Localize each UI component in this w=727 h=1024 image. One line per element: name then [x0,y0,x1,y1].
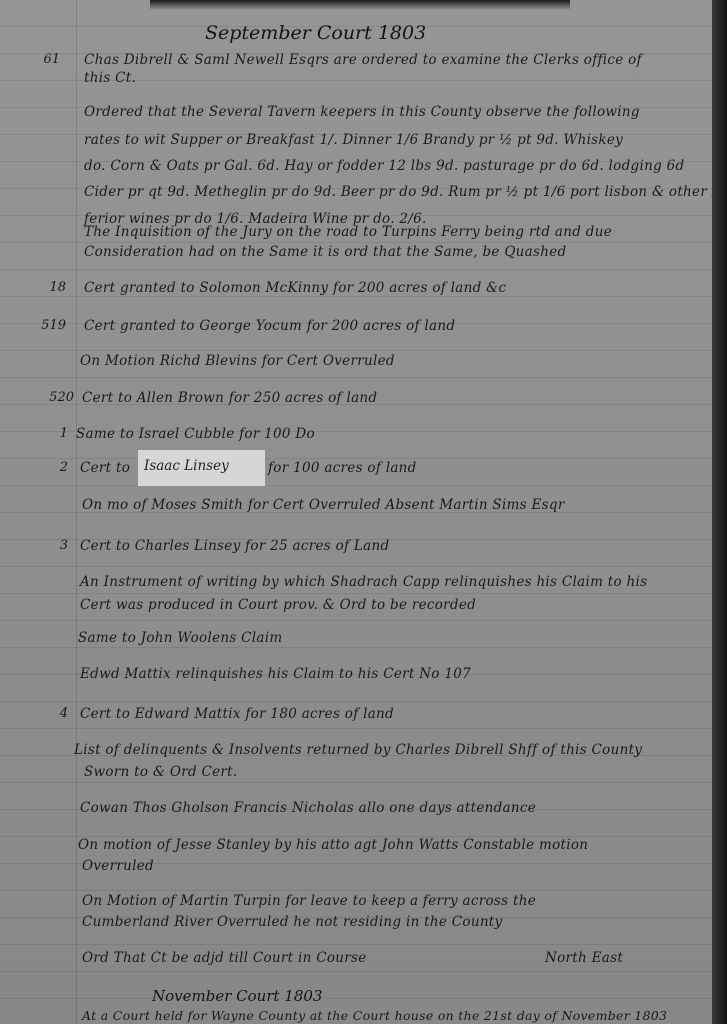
entry-text: Cert granted to Solomon McKinny for 200 … [84,280,506,296]
book-spine [712,0,727,1024]
entry-number: 2 [18,460,68,475]
entry-text: this Ct. [84,70,136,86]
entry-text: Cert to Allen Brown for 250 acres of lan… [82,390,377,406]
entry-text: Sworn to & Ord Cert. [84,764,237,780]
entry-number: 61 [10,52,60,67]
entry-number: 4 [18,706,68,721]
entry-text: Cert granted to George Yocum for 200 acr… [84,318,455,334]
heading-september-court: September Court 1803 [205,22,426,44]
entry-text: Overruled [82,858,154,874]
entry-text: On mo of Moses Smith for Cert Overruled … [82,497,565,513]
entry-text: Chas Dibrell & Saml Newell Esqrs are ord… [84,52,642,68]
entry-text: Cider pr qt 9d. Metheglin pr do 9d. Beer… [84,184,727,200]
entry-text: Cert was produced in Court prov. & Ord t… [80,597,476,613]
entry-text: Consideration had on the Same it is ord … [84,244,566,260]
highlighted-name: Isaac Linsey [144,458,229,474]
entry-text: Cert to Edward Mattix for 180 acres of l… [80,706,394,722]
entry-text: At a Court held for Wayne County at the … [82,1008,667,1023]
entry-number: 1 [18,426,68,441]
entry-text: Cumberland River Overruled he not residi… [82,914,502,930]
margin-rule [76,0,77,1024]
entry-text: Same to John Woolens Claim [78,630,283,646]
entry-number: 3 [18,538,68,553]
ledger-page: September Court 1803 61 Chas Dibrell & S… [0,0,714,1024]
entry-text: Edwd Mattix relinquishes his Claim to hi… [80,666,471,682]
entry-text: On motion of Jesse Stanley by his atto a… [78,837,588,853]
entry-number: 520 [24,390,74,405]
heading-november-court: November Court 1803 [152,987,322,1005]
entry-text: On Motion Richd Blevins for Cert Overrul… [80,353,395,369]
entry-text: An Instrument of writing by which Shadra… [80,574,647,590]
entry-text: Same to Israel Cubble for 100 Do [76,426,315,442]
entry-text: On Motion of Martin Turpin for leave to … [82,893,536,909]
entry-text: do. Corn & Oats pr Gal. 6d. Hay or fodde… [84,158,684,174]
entry-text: Cowan Thos Gholson Francis Nicholas allo… [80,800,536,816]
entry-text: The Inquisition of the Jury on the road … [84,224,612,240]
entry-text: Cert to Charles Linsey for 25 acres of L… [80,538,389,554]
entry-text: Cert to [80,460,130,476]
entry-number: 18 [16,280,66,295]
entry-text: Ordered that the Several Tavern keepers … [84,104,640,120]
entry-text: rates to wit Supper or Breakfast 1/. Din… [84,132,623,148]
signature: North East [545,950,623,966]
entry-text: List of delinquents & Insolvents returne… [74,742,642,758]
entry-text: for 100 acres of land [268,460,417,476]
entry-number: 519 [16,318,66,333]
entry-text: Ord That Ct be adjd till Court in Course [82,950,367,966]
page-top-shadow [150,0,570,10]
